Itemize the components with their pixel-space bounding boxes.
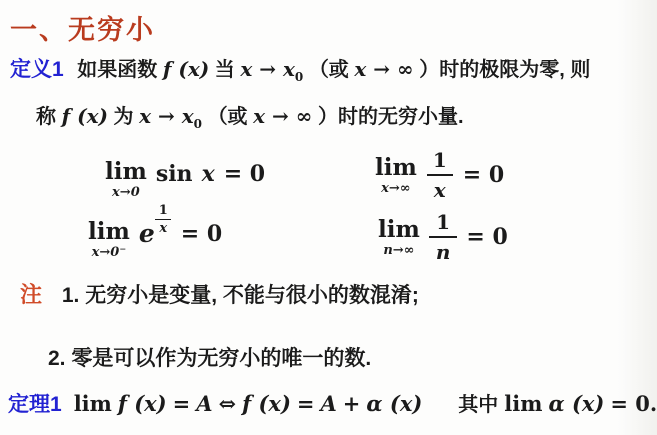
math-A: A [321, 391, 337, 416]
denominator: x [427, 174, 453, 200]
math-x-to-x0: x → x [139, 104, 194, 128]
equals-sign: = [297, 391, 315, 416]
iff-arrow: ⇔ [219, 391, 237, 416]
fraction: 1 x [426, 150, 454, 200]
variable-x: x [202, 160, 215, 187]
lim-word: lim [504, 391, 542, 416]
note-line-1: 注 1. 无穷小是变量, 不能与很小的数混淆; [20, 278, 419, 309]
numerator: 1 [426, 150, 454, 174]
denominator: n [429, 236, 458, 262]
formula-lim-one-over-x: lim x→∞ 1 x = 0 [375, 150, 504, 200]
definition-text: 为 [114, 106, 134, 128]
math-f-of-x: f (x) [163, 57, 209, 81]
definition-text: （或 [208, 106, 248, 128]
lim-word: lim [105, 160, 147, 183]
definition-text: ）时的无穷小量. [318, 106, 464, 128]
qizhong-text: 其中 [458, 388, 498, 417]
section-title: 一、无穷小 [10, 8, 155, 47]
definition-text: ）时的极限为零, 则 [419, 59, 590, 81]
math-x-to-infinity: x → ∞ [253, 104, 312, 128]
equals-sign: = [173, 391, 191, 416]
definition-text: 当 [215, 59, 235, 81]
formula-lim-e-one-over-x: lim x→0⁻ e 1 x = 0 [88, 220, 222, 259]
math-f-of-x: f (x) [118, 391, 167, 416]
math-x-to-infinity: x → ∞ [354, 57, 413, 81]
equals-zero: = 0 [466, 224, 507, 250]
numerator: 1 [429, 212, 457, 236]
definition-text: 如果函数 [77, 59, 157, 81]
lim-word: lim [375, 156, 417, 179]
theorem-line: 定理1 lim f (x) = A ⇔ f (x) = A + α (x) 其中… [8, 388, 657, 418]
exponent-fraction: 1 x [155, 204, 172, 235]
denominator: x [155, 219, 171, 235]
lim-subscript: x→0⁻ [92, 246, 127, 259]
math-subscript-zero: 0 [194, 117, 202, 131]
formula-lim-sin-x: lim x→0 sin x = 0 [105, 160, 265, 199]
equals-zero: = 0 [181, 220, 222, 247]
math-f-of-x: f (x) [242, 391, 291, 416]
note-item-1: 1. 无穷小是变量, 不能与很小的数混淆; [62, 284, 419, 307]
math-alpha-of-x: α (x) [366, 391, 422, 416]
lim-subscript: n→∞ [383, 244, 414, 257]
sin-function: sin [156, 160, 193, 187]
math-alpha-of-x: α (x) [548, 391, 604, 416]
lim-word: lim [378, 218, 420, 241]
note-label: 注 [20, 282, 42, 307]
euler-e: e [139, 221, 155, 246]
definition-label: 定义1 [10, 58, 64, 81]
definition-line-2: 称 f (x) 为 x → x0 （或 x → ∞ ）时的无穷小量. [36, 100, 464, 131]
formula-lim-one-over-n: lim n→∞ 1 n = 0 [378, 212, 508, 262]
definition-line-1: 定义1 如果函数 f (x) 当 x → x0 （或 x → ∞ ）时的极限为零… [10, 53, 590, 84]
math-A: A [196, 391, 212, 416]
math-subscript-zero: 0 [295, 70, 303, 84]
lim-subscript: x→0 [112, 186, 140, 199]
fraction: 1 n [429, 212, 458, 262]
limit-operator: lim n→∞ [378, 218, 420, 257]
note-item-2: 2. 零是可以作为无穷小的唯一的数. [48, 347, 371, 370]
numerator: 1 [155, 204, 172, 219]
limit-operator: lim x→0 [105, 160, 147, 199]
lim-subscript: x→∞ [381, 182, 410, 195]
equals-zero: = 0 [224, 160, 265, 187]
equals-zero: = 0. [610, 391, 657, 416]
equals-zero: = 0 [463, 162, 504, 188]
theorem-label: 定理1 [8, 388, 62, 418]
note-line-2: 2. 零是可以作为无穷小的唯一的数. [48, 342, 371, 372]
definition-text: 称 [36, 106, 56, 128]
math-f-of-x: f (x) [62, 104, 108, 128]
limit-operator: lim x→∞ [375, 156, 417, 195]
lim-word: lim [74, 391, 112, 416]
plus-sign: + [343, 391, 361, 416]
definition-text: （或 [309, 59, 349, 81]
limit-operator: lim x→0⁻ [88, 220, 130, 259]
e-power-group: e 1 x [139, 221, 172, 252]
lim-word: lim [88, 220, 130, 243]
math-x-to-x0: x → x [240, 57, 295, 81]
